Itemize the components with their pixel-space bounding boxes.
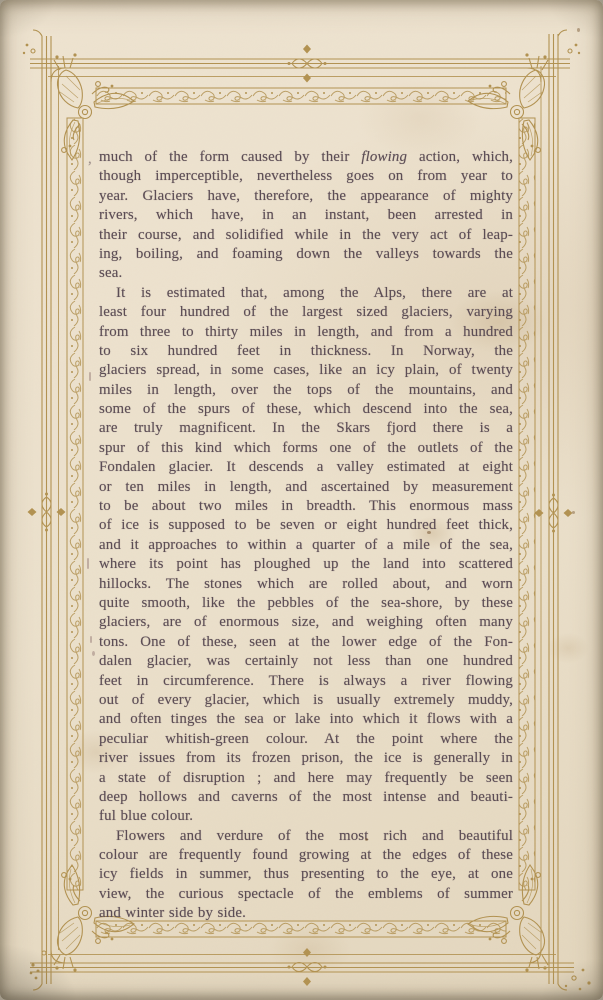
text-line: and it approaches to within a quarter of… bbox=[99, 536, 513, 555]
text-line: colour are frequently found growing at t… bbox=[99, 846, 513, 865]
text-line: ing, boiling, and foaming down the valle… bbox=[99, 245, 513, 264]
page-text: , much of the form caused by their flowi… bbox=[99, 148, 513, 924]
scan-artifact bbox=[92, 651, 95, 656]
text-line: Flowers and verdure of the most rich and… bbox=[99, 827, 513, 846]
text-line: tons. One of these, seen at the lower ed… bbox=[99, 633, 513, 652]
text-line: feet in circumference. There is always a… bbox=[99, 672, 513, 691]
paper-speck bbox=[427, 531, 431, 534]
text-line: where its point has ploughed up the land… bbox=[99, 555, 513, 574]
text-line: from three to thirty miles in length, an… bbox=[99, 323, 513, 342]
text-line: miles in length, over the tops of the mo… bbox=[99, 381, 513, 400]
paper-speck bbox=[365, 838, 368, 841]
text-line: much of the form caused by their flowing… bbox=[99, 148, 513, 167]
text-line: peculiar whitish-green colour. At the po… bbox=[99, 730, 513, 749]
text-line: glaciers, are of enormous size, and weig… bbox=[99, 613, 513, 632]
text-line: glaciers spread, in some cases, like an … bbox=[99, 361, 513, 380]
text-line: their course, and solidified while in th… bbox=[99, 226, 513, 245]
text-line: least four hundred of the largest sized … bbox=[99, 303, 513, 322]
text-line: sea. bbox=[99, 264, 513, 283]
text-line: It is estimated that, among the Alps, th… bbox=[99, 284, 513, 303]
scanned-book-page: , much of the form caused by their flowi… bbox=[0, 0, 603, 1000]
text-line: are truly magnificent. In the Skars fjor… bbox=[99, 419, 513, 438]
text-line: icy fields in summer, thus presenting to… bbox=[99, 865, 513, 884]
text-line: dalen glacier, was certainly not less th… bbox=[99, 652, 513, 671]
text-line: year. Glaciers have, therefore, the appe… bbox=[99, 187, 513, 206]
text-line: hillocks. The stones which are rolled ab… bbox=[99, 575, 513, 594]
paper-speck bbox=[572, 511, 575, 514]
scan-artifact bbox=[87, 558, 89, 569]
text-line: rivers, which have, in an instant, been … bbox=[99, 206, 513, 225]
text-line: out of every glacier, which is usually e… bbox=[99, 691, 513, 710]
text-line: of ice is supposed to be seven or eight … bbox=[99, 516, 513, 535]
text-line: spur of this kind which forms one of the… bbox=[99, 439, 513, 458]
text-line: to be about two miles in breadth. This e… bbox=[99, 497, 513, 516]
text-line: and winter side by side. bbox=[99, 904, 513, 923]
scan-artifact bbox=[89, 372, 91, 381]
text-line: quite smooth, like the pebbles of the se… bbox=[99, 594, 513, 613]
stray-mark: , bbox=[88, 150, 92, 169]
text-line: or ten miles in length, and ascertained … bbox=[99, 478, 513, 497]
text-line: deep hollows and caverns of the most int… bbox=[99, 788, 513, 807]
text-line: some of the spurs of these, which descen… bbox=[99, 400, 513, 419]
text-line: view, the curious spectacle of the emble… bbox=[99, 885, 513, 904]
text-line: though imperceptible, nevertheless goes … bbox=[99, 167, 513, 186]
text-line: Fondalen glacier. It descends a valley e… bbox=[99, 458, 513, 477]
scan-artifact bbox=[90, 636, 92, 643]
text-line: and often tinges the sea or lake into wh… bbox=[99, 710, 513, 729]
text-line: to six hundred feet in thickness. In Nor… bbox=[99, 342, 513, 361]
text-line: ful blue colour. bbox=[99, 807, 513, 826]
text-line: river issues from its frozen prison, the… bbox=[99, 749, 513, 768]
paper-speck bbox=[577, 28, 580, 32]
text-line: a state of disruption ; and here may fre… bbox=[99, 769, 513, 788]
